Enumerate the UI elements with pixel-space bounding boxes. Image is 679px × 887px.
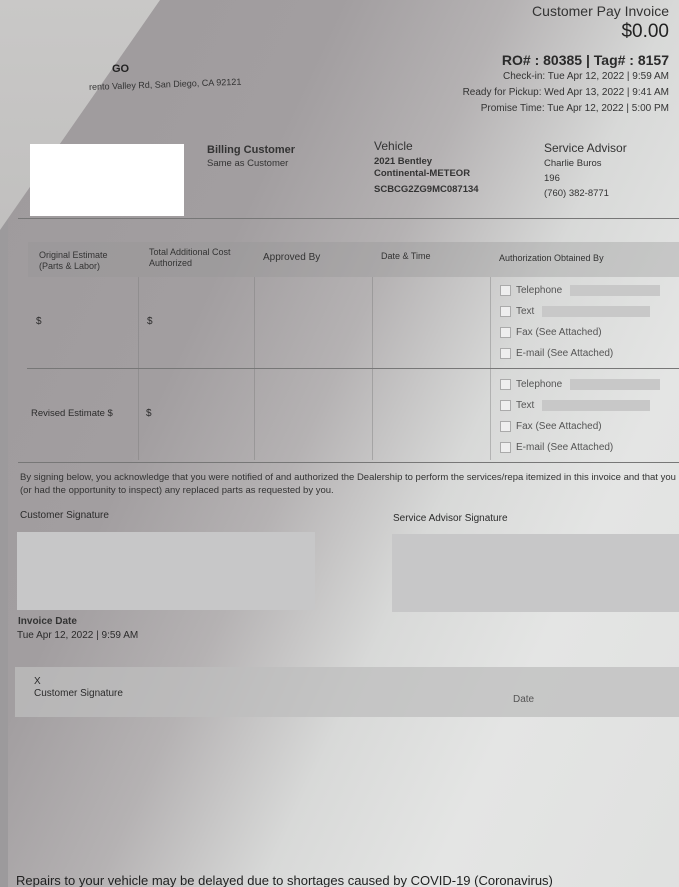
- option-label: Telephone: [516, 379, 562, 390]
- checkbox[interactable]: [500, 327, 511, 338]
- option-label: E-mail (See Attached): [516, 348, 613, 359]
- customer-signature-box[interactable]: [17, 532, 315, 610]
- col-authorization-obtained: Authorization Obtained By: [499, 253, 604, 264]
- checkbox[interactable]: [500, 421, 511, 432]
- option-label: Telephone: [516, 285, 562, 296]
- advisor-signature-box[interactable]: [392, 534, 679, 612]
- auth-option-text[interactable]: Text: [500, 395, 679, 416]
- signature-x-mark: X: [34, 676, 41, 687]
- checkbox[interactable]: [500, 442, 511, 453]
- checkbox[interactable]: [500, 348, 511, 359]
- document-title: Customer Pay Invoice: [532, 3, 669, 19]
- col-date-time: Date & Time: [381, 251, 431, 262]
- option-label: E-mail (See Attached): [516, 442, 613, 453]
- advisor-signature-label: Service Advisor Signature: [393, 513, 508, 524]
- advisor-heading: Service Advisor: [544, 141, 627, 155]
- checkbox[interactable]: [500, 400, 511, 411]
- checkbox[interactable]: [500, 306, 511, 317]
- option-label: Fax (See Attached): [516, 421, 602, 432]
- col-approved-by: Approved By: [263, 252, 320, 263]
- auth-option-fax[interactable]: Fax (See Attached): [500, 322, 679, 343]
- revised-estimate-label: Revised Estimate $: [31, 408, 113, 419]
- footer-date-label: Date: [513, 694, 534, 705]
- auth-option-telephone[interactable]: Telephone: [500, 374, 679, 395]
- billing-heading: Billing Customer: [207, 144, 295, 156]
- invoice-date-label: Invoice Date: [18, 616, 77, 627]
- auth-option-fax[interactable]: Fax (See Attached): [500, 416, 679, 437]
- advisor-id: 196: [544, 171, 627, 186]
- redacted-customer-info: [30, 144, 184, 216]
- advisor-name: Charlie Buros: [544, 156, 627, 171]
- vehicle-heading: Vehicle: [374, 139, 479, 153]
- auth-option-email[interactable]: E-mail (See Attached): [500, 437, 679, 458]
- additional-cost-value: $: [147, 316, 153, 327]
- checkbox[interactable]: [500, 379, 511, 390]
- redacted-field: [542, 306, 650, 317]
- invoice-date-value: Tue Apr 12, 2022 | 9:59 AM: [17, 630, 138, 641]
- dealer-name: GO: [112, 63, 129, 75]
- divider: [18, 462, 679, 463]
- redacted-field: [570, 379, 660, 390]
- redacted-field: [570, 285, 660, 296]
- invoice-amount: $0.00: [621, 21, 669, 43]
- col-original-estimate: Original Estimate (Parts & Labor): [39, 250, 134, 272]
- customer-signature-label: Customer Signature: [20, 510, 109, 521]
- check-in-time: Check-in: Tue Apr 12, 2022 | 9:59 AM: [503, 71, 669, 82]
- option-label: Fax (See Attached): [516, 327, 602, 338]
- auth-option-text[interactable]: Text: [500, 301, 679, 322]
- auth-option-email[interactable]: E-mail (See Attached): [500, 343, 679, 364]
- acknowledgement-text: By signing below, you acknowledge that y…: [20, 471, 679, 497]
- auth-options-row1: Telephone Text Fax (See Attached) E-mail…: [500, 280, 679, 364]
- vehicle-model: 2021 Bentley: [374, 156, 479, 168]
- revised-cost-value: $: [146, 408, 152, 419]
- advisor-phone: (760) 382-8771: [544, 186, 627, 201]
- row-divider: [27, 368, 679, 369]
- billing-value: Same as Customer: [207, 156, 295, 171]
- ready-for-pickup-time: Ready for Pickup: Wed Apr 13, 2022 | 9:4…: [463, 87, 669, 98]
- divider: [18, 218, 679, 219]
- redacted-field: [542, 400, 650, 411]
- vehicle-vin: SCBCG2ZG9MC087134: [374, 182, 479, 197]
- service-advisor-section: Service Advisor Charlie Buros 196 (760) …: [544, 141, 627, 201]
- option-label: Text: [516, 306, 534, 317]
- option-label: Text: [516, 400, 534, 411]
- vehicle-section: Vehicle 2021 Bentley Continental-METEOR …: [374, 139, 479, 197]
- checkbox[interactable]: [500, 285, 511, 296]
- billing-customer-section: Billing Customer Same as Customer: [207, 144, 295, 171]
- vehicle-trim: Continental-METEOR: [374, 168, 479, 180]
- footer-signature-label: Customer Signature: [34, 688, 123, 699]
- auth-option-telephone[interactable]: Telephone: [500, 280, 679, 301]
- ro-tag-number: RO# : 80385 | Tag# : 8157: [502, 52, 669, 68]
- promise-time: Promise Time: Tue Apr 12, 2022 | 5:00 PM: [481, 103, 669, 114]
- col-additional-cost: Total Additional Cost Authorized: [149, 247, 254, 269]
- covid-notice: Repairs to your vehicle may be delayed d…: [16, 873, 553, 887]
- auth-options-row2: Telephone Text Fax (See Attached) E-mail…: [500, 374, 679, 458]
- original-estimate-value: $: [36, 316, 42, 327]
